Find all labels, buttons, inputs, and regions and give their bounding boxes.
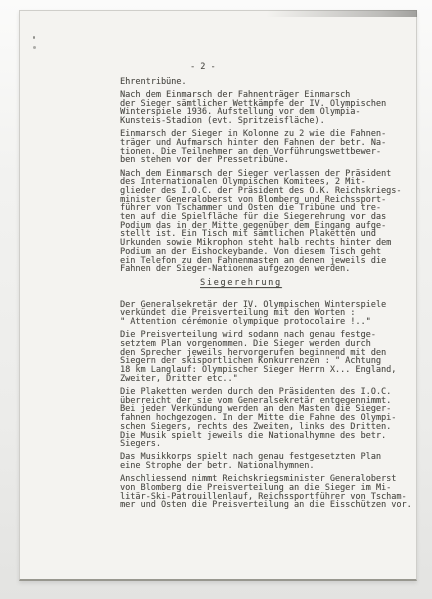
typewritten-content: - 2 - Ehrentribüne.Nach dem Einmarsch de… [120,63,420,510]
paragraph: Nach dem Einmarsch der Sieger verlassen … [120,170,420,274]
section-heading: Siegerehrung [200,279,420,288]
paragraph: Die Plaketten werden durch den Präsident… [120,388,420,449]
paragraph: Das Musikkorps spielt nach genau festges… [120,453,420,470]
document-body: Ehrentribüne.Nach dem Einmarsch der Fahn… [120,78,420,510]
paragraph: Anschliessend nimmt Reichskriegsminister… [120,475,420,510]
paragraph: Einmarsch der Sieger in Kolonne zu 2 wie… [120,130,420,165]
section-heading: Ehrentribüne. [120,78,420,87]
page-top-shadow [267,10,417,17]
paragraph: Nach dem Einmarsch der Fahnenträger Einm… [120,91,420,126]
page-number: - 2 - [190,63,420,72]
paragraph: Der Generalsekretär der IV. Olympischen … [120,301,420,327]
scan-background: - 2 - Ehrentribüne.Nach dem Einmarsch de… [0,0,432,599]
scan-speck [33,36,35,39]
paragraph: Die Preisverteilung wird sodann nach gen… [120,331,420,383]
scan-speck [33,46,36,49]
document-page: - 2 - Ehrentribüne.Nach dem Einmarsch de… [19,10,417,581]
